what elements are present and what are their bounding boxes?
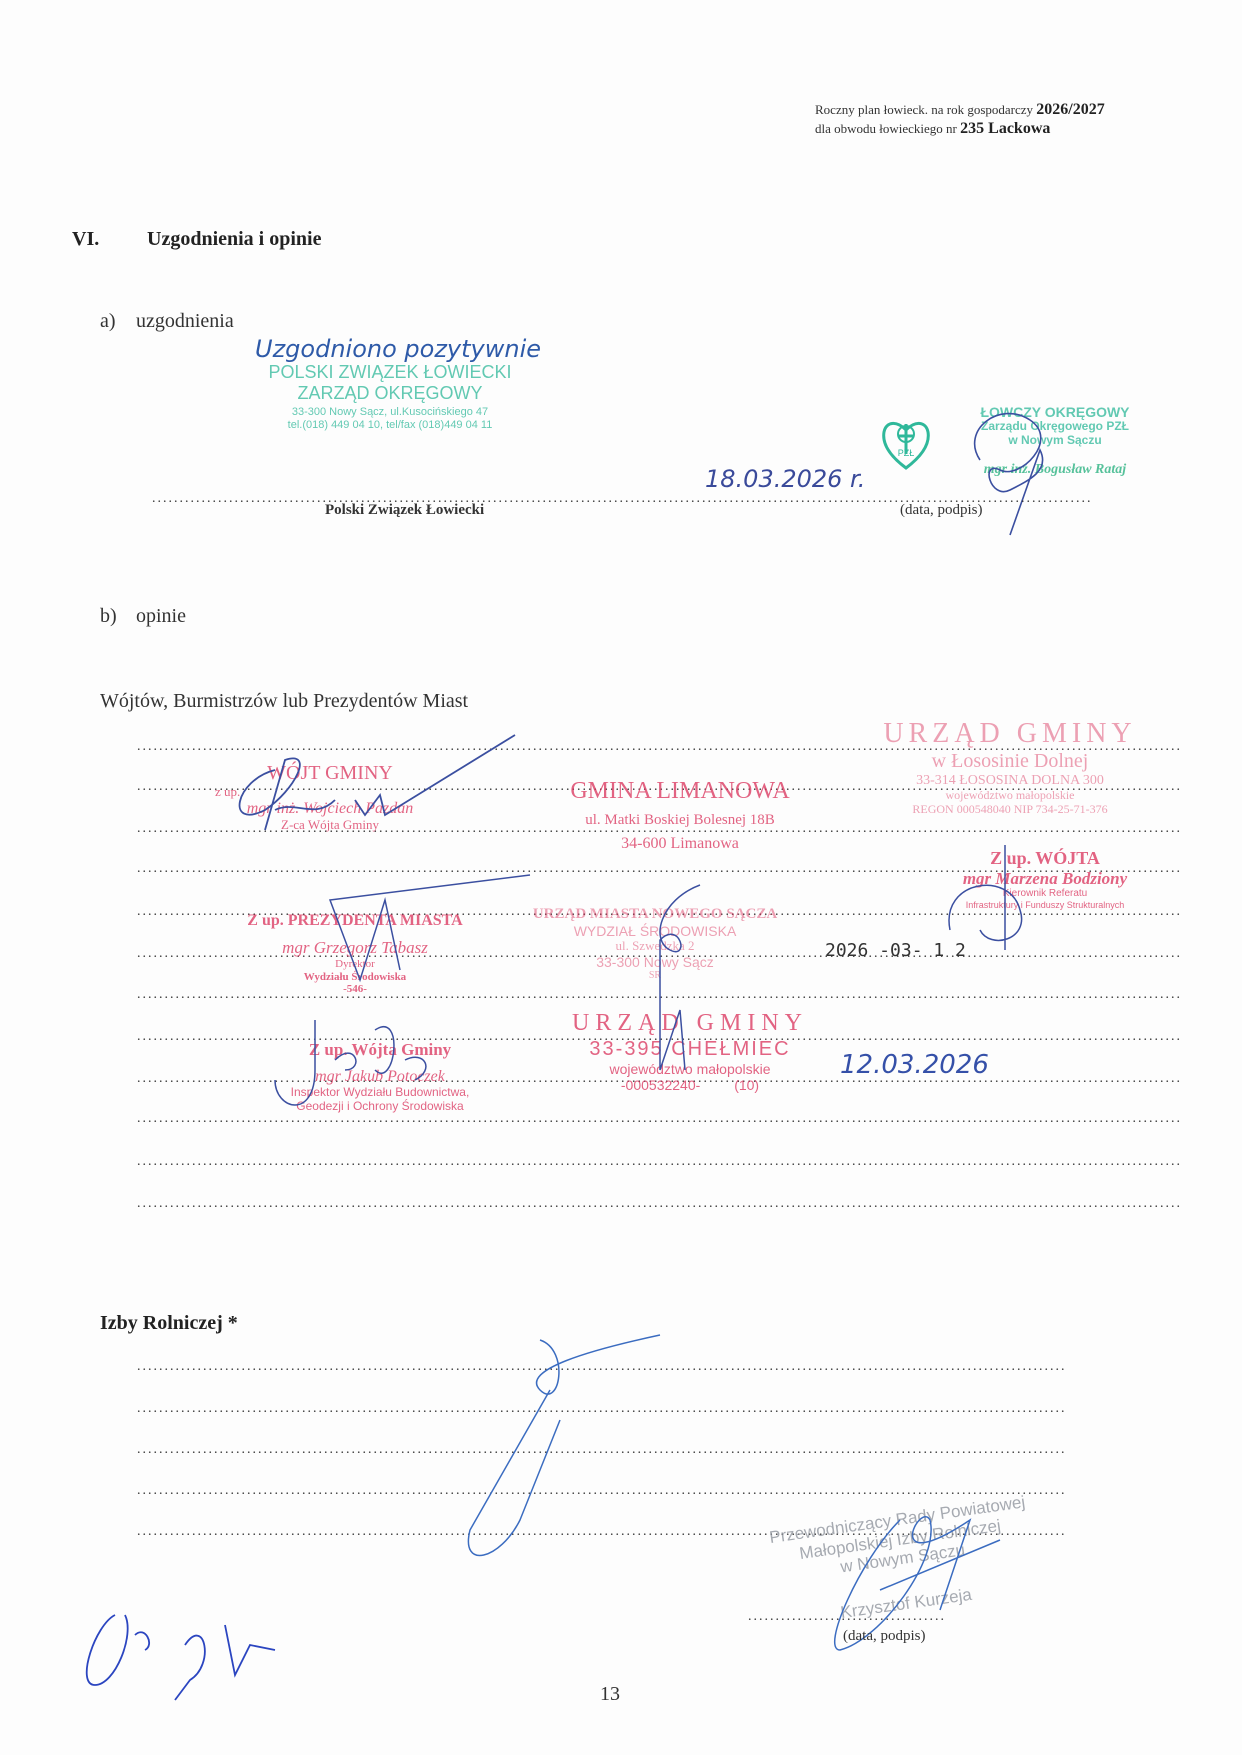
stamp-line: 33-395 CHEŁMIEC <box>550 1038 830 1061</box>
stamp-line: -000532240- <box>621 1077 700 1093</box>
stamp-line: województwo małopolskie <box>850 789 1170 803</box>
gmina-limanowa-stamp: GMINA LIMANOWA ul. Matki Boskiej Bolesne… <box>530 778 830 853</box>
stamp-line: mgr Jakub Potoczek <box>240 1068 520 1086</box>
stamp-line: ul. Szwedzka 2 <box>520 939 790 954</box>
stamp-line: WÓJT GMINY <box>215 762 445 785</box>
stamp-line: Zarządu Okręgowego PZŁ <box>955 420 1155 434</box>
header-season: 2026/2027 <box>1036 101 1104 118</box>
stamp-line: 33-300 Nowy Sącz <box>520 954 790 970</box>
stamp-line: 33-314 ŁOSOSINA DOLNA 300 <box>850 773 1170 789</box>
header-plan-label: Roczny plan łowieck. na rok gospodarczy <box>815 102 1033 117</box>
dotted-line: ........................................… <box>137 1360 1067 1374</box>
lowczy-name: mgr inż. Bogusław Rataj <box>955 462 1155 478</box>
opinions-subheading: Wójtów, Burmistrzów lub Prezydentów Mias… <box>100 690 468 713</box>
opinions-letter: b) <box>100 605 136 628</box>
stamp-line: 33-300 Nowy Sącz, ul.Kusocińskiego 47 <box>245 406 535 419</box>
chamber-stamp: Przewodniczący Rady Powiatowej Małopolsk… <box>757 1491 1042 1588</box>
stamp-line: -546- <box>215 983 495 996</box>
dotted-line: ........................................… <box>137 1112 1182 1126</box>
stamp-line: ul. Matki Boskiej Bolesnej 18B <box>530 812 830 829</box>
stamp-line: GMINA LIMANOWA <box>530 778 830 806</box>
stamp-line: w Nowym Sączu <box>955 434 1155 448</box>
pzl-board-stamp: POLSKI ZWIĄZEK ŁOWIECKI ZARZĄD OKRĘGOWY … <box>245 362 535 432</box>
urzad-miasta-stamp: URZĄD MIASTA NOWEGO SĄCZA WYDZIAŁ ŚRODOW… <box>520 906 790 982</box>
stamp-line: mgr Grzegorz Tabasz <box>215 938 495 958</box>
stamp-line: mgr inż. Wojciech Pazdan <box>215 800 445 818</box>
stamp-line: mgr Marzena Bodziony <box>920 869 1170 889</box>
stamp-line: Z up. WÓJTA <box>920 848 1170 869</box>
urzad-chelmiec-stamp: URZĄD GMINY 33-395 CHEŁMIEC województwo … <box>550 1010 830 1093</box>
stamp-line: z up. <box>215 785 445 800</box>
dotted-line: ........................................… <box>137 1197 1182 1211</box>
stamp-line: Kierownik Referatu <box>920 888 1170 900</box>
stamp-line: (10) <box>734 1077 759 1093</box>
dotted-line: ........................................… <box>137 1443 1067 1457</box>
agreements-heading: a)uzgodnienia <box>100 310 234 333</box>
pzl-caption: Polski Związek Łowiecki <box>325 502 484 519</box>
z-up-wojta-stamp: Z up. WÓJTA mgr Marzena Bodziony Kierown… <box>920 848 1170 910</box>
handwritten-date: 18.03.2026 r. <box>705 465 865 493</box>
stamp-line: województwo małopolskie <box>550 1061 830 1077</box>
dotted-line: ........................................… <box>137 1155 1182 1169</box>
stamp-line: ZARZĄD OKRĘGOWY <box>245 383 535 404</box>
stamp-line: Dyrektor <box>215 958 495 971</box>
stamp-line: w Łososinie Dolnej <box>850 750 1170 773</box>
section-title-text: Uzgodnienia i opinie <box>147 228 321 250</box>
stamp-line: Z up. Wójta Gminy <box>240 1040 520 1060</box>
chamber-date-signature-caption: (data, podpis) <box>843 1628 925 1645</box>
lowczy-stamp: ŁOWCZY OKRĘGOWY Zarządu Okręgowego PZŁ w… <box>955 404 1155 478</box>
date-signature-caption: (data, podpis) <box>900 502 982 519</box>
chamber-signature-line: .................................... <box>748 1610 1010 1624</box>
stamp-line: Z-ca Wójta Gminy <box>215 818 445 833</box>
stamp-line: Inspektor Wydziału Budownictwa, <box>240 1086 520 1100</box>
stamp-line: URZĄD GMINY <box>550 1010 830 1038</box>
handwritten-approval-note: Uzgodniono pozytywnie <box>255 335 541 363</box>
date-stamp: 2026 -03- 1 2 <box>825 940 966 961</box>
stamp-line: URZĄD GMINY <box>850 718 1170 750</box>
initials-signatures <box>75 1595 315 1705</box>
logo-text: PZŁ <box>898 448 915 458</box>
stamp-line: WYDZIAŁ ŚRODOWISKA <box>520 923 790 939</box>
stamp-line: URZĄD MIASTA NOWEGO SĄCZA <box>520 906 790 923</box>
stamp-line: POLSKI ZWIĄZEK ŁOWIECKI <box>245 362 535 383</box>
stamp-line: SR <box>520 970 790 982</box>
stamp-line: Z up. PREZYDENTA MIASTA <box>215 912 495 930</box>
handwritten-date-chelmiec: 12.03.2026 <box>840 1050 989 1080</box>
agreements-label: uzgodnienia <box>136 310 234 332</box>
urzad-lososina-stamp: URZĄD GMINY w Łososinie Dolnej 33-314 ŁO… <box>850 718 1170 817</box>
pzl-logo: PZŁ <box>880 410 932 477</box>
header-line-1: Roczny plan łowieck. na rok gospodarczy … <box>815 100 1105 119</box>
stamp-line: Geodezji i Ochrony Środowiska <box>240 1100 520 1114</box>
section-number: VI. <box>72 228 147 251</box>
dotted-line: ........................................… <box>137 1484 1067 1498</box>
stamp-line: tel.(018) 449 04 10, tel/fax (018)449 04… <box>245 419 535 432</box>
header-line-2: dla obwodu łowieckiego nr 235 Lackowa <box>815 119 1105 138</box>
opinions-label: opinie <box>136 605 186 627</box>
stamp-line: Wydziału Środowiska <box>215 971 495 984</box>
section-title: VI.Uzgodnienia i opinie <box>72 228 321 251</box>
stamp-line: Infrastruktury i Funduszy Strukturalnych <box>920 900 1170 910</box>
pzl-emblem-icon: PZŁ <box>880 410 932 472</box>
stamp-line: REGON 000548040 NIP 734-25-71-376 <box>850 803 1170 817</box>
dotted-line: ........................................… <box>137 1402 1067 1416</box>
prezydent-stamp: Z up. PREZYDENTA MIASTA mgr Grzegorz Tab… <box>215 912 495 996</box>
header-district: 235 Lackowa <box>960 120 1050 137</box>
wojt-gminy-stamp: WÓJT GMINY z up. mgr inż. Wojciech Pazda… <box>215 762 445 833</box>
page-number: 13 <box>600 1683 620 1706</box>
stamp-line: 34-600 Limanowa <box>530 835 830 853</box>
agreements-letter: a) <box>100 310 136 333</box>
document-header: Roczny plan łowieck. na rok gospodarczy … <box>815 100 1105 138</box>
wojta-gminy-stamp: Z up. Wójta Gminy mgr Jakub Potoczek Ins… <box>240 1040 520 1114</box>
header-district-label: dla obwodu łowieckiego nr <box>815 121 957 136</box>
stamp-line: ŁOWCZY OKRĘGOWY <box>955 404 1155 420</box>
chamber-heading: Izby Rolniczej * <box>100 1312 238 1335</box>
opinions-heading: b)opinie <box>100 605 186 628</box>
